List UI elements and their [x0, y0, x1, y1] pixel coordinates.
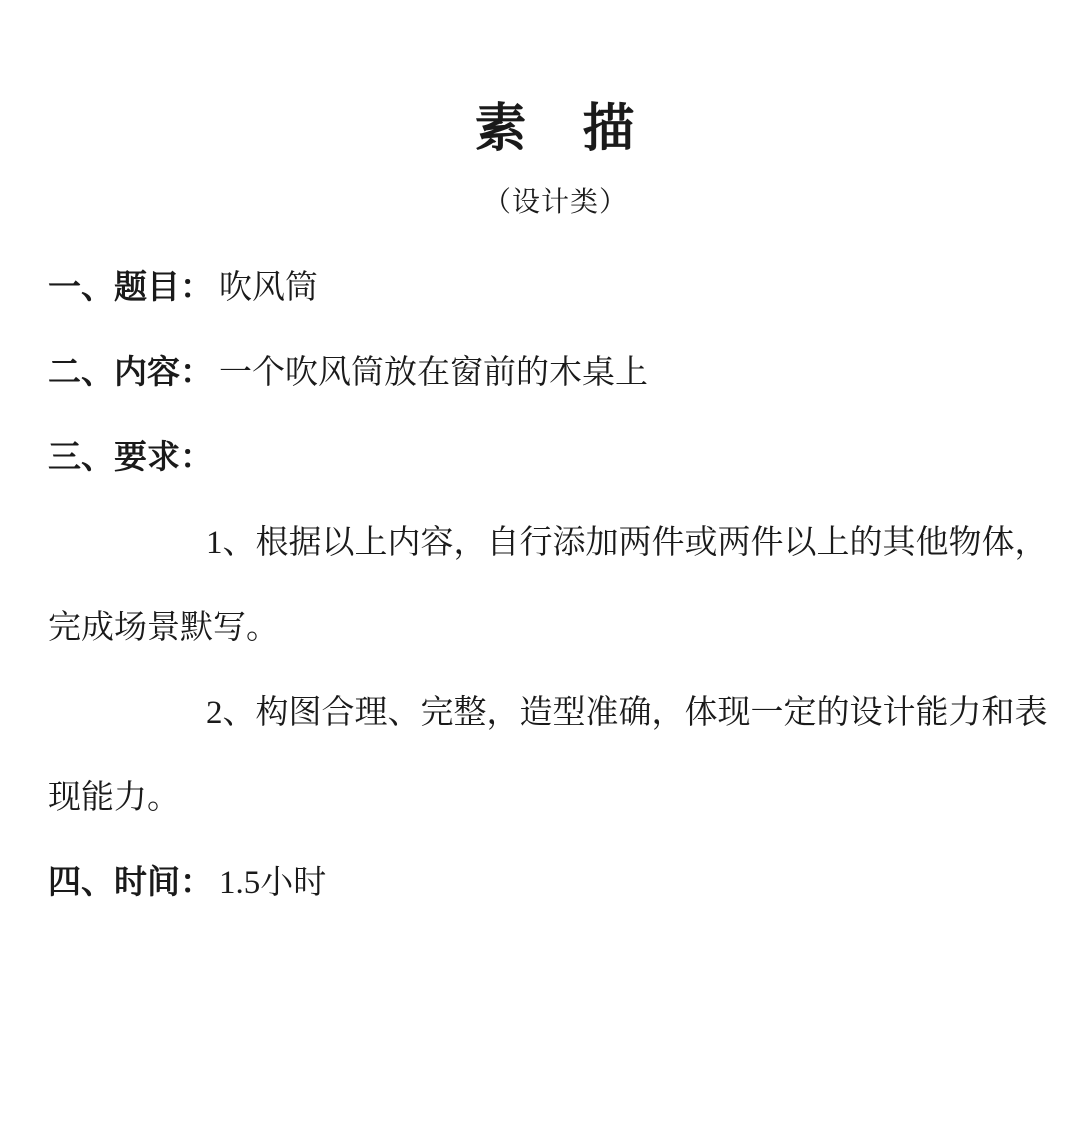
section-content: 二、内容：一个吹风筒放在窗前的木桌上 — [48, 331, 1065, 416]
section-content-value: 一个吹风筒放在窗前的木桌上 — [219, 355, 648, 391]
doc-subtitle: （设计类） — [40, 185, 1071, 221]
section-topic-value: 吹风筒 — [219, 270, 318, 306]
requirement-2-line-1-text: 2、构图合理、完整，造型准确，体现一定的设计能力和表 — [206, 695, 1048, 731]
requirement-1-line-1: 1、根据以上内容，自行添加两件或两件以上的其他物体， — [48, 501, 1065, 586]
section-requirements-label: 三、要求： — [48, 440, 213, 476]
section-requirements: 三、要求： — [48, 416, 1065, 501]
requirement-2-line-2-text: 现能力。 — [48, 780, 180, 816]
requirement-1-line-2-text: 完成场景默写。 — [48, 610, 279, 646]
section-time-value: 1.5小时 — [219, 865, 326, 901]
doc-body: 一、题目：吹风筒 二、内容：一个吹风筒放在窗前的木桌上 三、要求： 1、根据以上… — [0, 246, 1071, 926]
document-page: 素 描 （设计类） 一、题目：吹风筒 二、内容：一个吹风筒放在窗前的木桌上 三、… — [0, 0, 1071, 1126]
requirement-1-line-1-text: 1、根据以上内容，自行添加两件或两件以上的其他物体， — [206, 525, 1048, 561]
doc-header: 素 描 （设计类） — [0, 98, 1071, 221]
requirement-1-line-2: 完成场景默写。 — [48, 586, 1065, 671]
section-time: 四、时间：1.5小时 — [48, 841, 1065, 926]
requirement-2-line-1: 2、构图合理、完整，造型准确，体现一定的设计能力和表 — [48, 671, 1065, 756]
requirement-2-line-2: 现能力。 — [48, 756, 1065, 841]
section-topic-label: 一、题目： — [48, 270, 213, 306]
section-topic: 一、题目：吹风筒 — [48, 246, 1065, 331]
section-time-label: 四、时间： — [48, 865, 213, 901]
doc-title: 素 描 — [40, 98, 1071, 162]
section-content-label: 二、内容： — [48, 355, 213, 391]
